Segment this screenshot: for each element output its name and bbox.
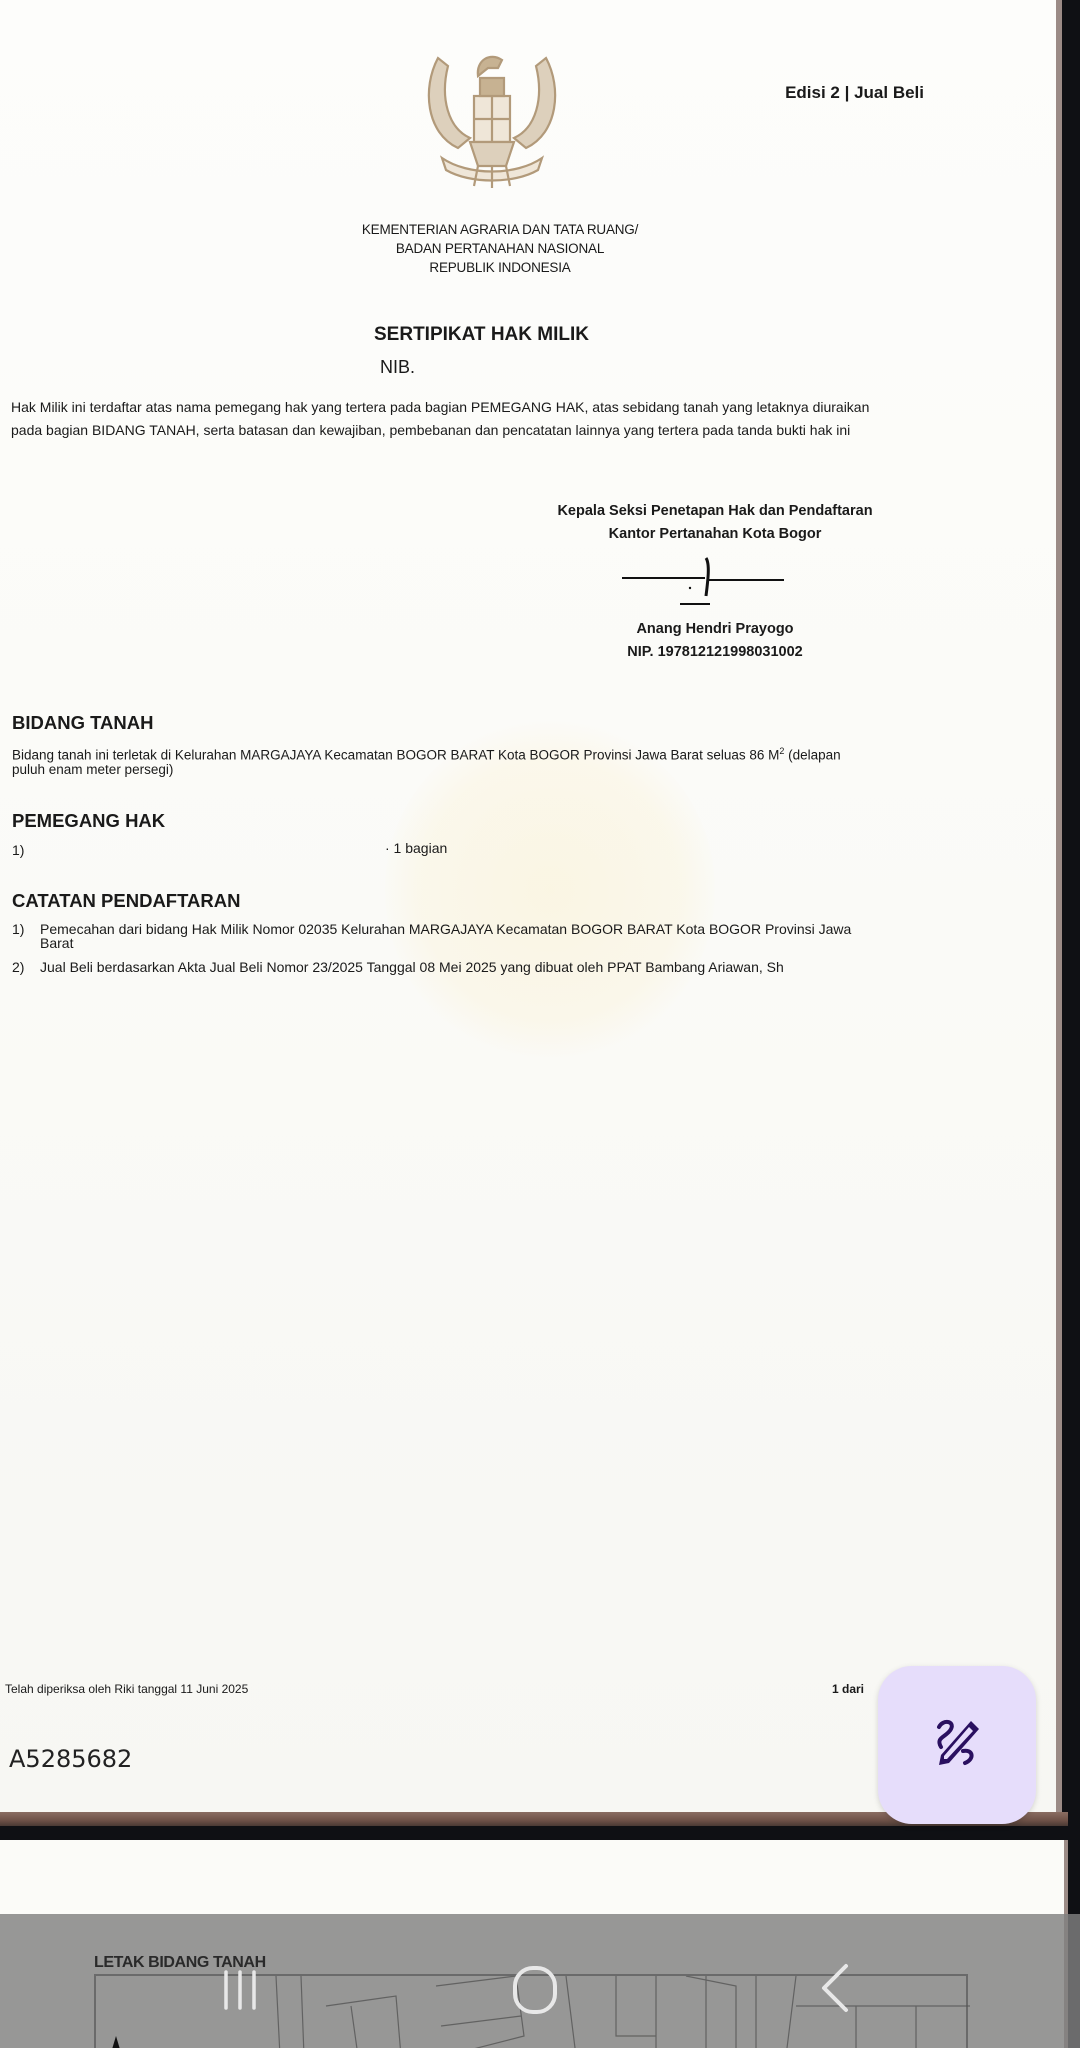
note-text: Pemecahan dari bidang Hak Milik Nomor 02… <box>40 922 851 936</box>
signatory-nip: NIP. 197812121998031002 <box>530 641 900 664</box>
signatory-office: Kantor Pertanahan Kota Bogor <box>530 523 900 546</box>
intro-paragraph: Hak Milik ini terdaftar atas nama pemega… <box>11 396 1051 442</box>
note-text-cont: Barat <box>40 936 851 950</box>
garuda-emblem-icon <box>418 38 566 190</box>
note-number: 1) <box>12 922 40 950</box>
draw-pencil-icon <box>929 1717 985 1773</box>
bidang-tanah-heading: BIDANG TANAH <box>12 712 153 734</box>
owner-share: · 1 bagian <box>385 840 447 856</box>
signatory-position: Kepala Seksi Penetapan Hak dan Pendaftar… <box>530 500 900 523</box>
signature-mark <box>530 546 900 618</box>
certificate-page: Edisi 2 | Jual Beli KEMENTERIAN AGRARIA … <box>0 0 1062 1815</box>
note-text: Jual Beli berdasarkan Akta Jual Beli Nom… <box>40 960 784 974</box>
draw-button[interactable] <box>878 1666 1036 1824</box>
agency-header: KEMENTERIAN AGRARIA DAN TATA RUANG/ BADA… <box>260 220 740 277</box>
back-icon <box>818 1962 852 2014</box>
certificate-title: SERTIPIKAT HAK MILIK <box>374 324 589 346</box>
registration-note: 2) Jual Beli berdasarkan Akta Jual Beli … <box>12 960 972 974</box>
recent-apps-button[interactable] <box>210 1960 270 2020</box>
signatory-name: Anang Hendri Prayogo <box>530 618 900 641</box>
signature-block: Kepala Seksi Penetapan Hak dan Pendaftar… <box>530 500 900 664</box>
land-description-line2: puluh enam meter persegi) <box>12 763 1012 777</box>
land-description-cont: (delapan <box>784 748 840 763</box>
back-button[interactable] <box>810 1958 860 2018</box>
home-button[interactable] <box>505 1958 565 2022</box>
pemegang-hak-heading: PEMEGANG HAK <box>12 810 165 832</box>
owner-number: 1) <box>12 842 24 858</box>
note-number: 2) <box>12 960 40 974</box>
edition-label: Edisi 2 | Jual Beli <box>785 83 924 103</box>
land-description: Bidang tanah ini terletak di Kelurahan M… <box>12 748 779 763</box>
intro-line: pada bagian BIDANG TANAH, serta batasan … <box>11 419 1051 442</box>
bidang-tanah-text: Bidang tanah ini terletak di Kelurahan M… <box>12 744 1012 777</box>
checked-by-text: Telah diperiksa oleh Riki tanggal 11 Jun… <box>5 1682 248 1696</box>
page-indicator: 1 dari <box>832 1682 864 1696</box>
catatan-pendaftaran-heading: CATATAN PENDAFTARAN <box>12 890 240 912</box>
agency-line: KEMENTERIAN AGRARIA DAN TATA RUANG/ <box>260 220 740 239</box>
intro-line: Hak Milik ini terdaftar atas nama pemega… <box>11 396 1051 419</box>
serial-number: A5285682 <box>9 1745 132 1773</box>
agency-line: BADAN PERTANAHAN NASIONAL <box>260 239 740 258</box>
recent-apps-icon <box>220 1968 260 2012</box>
agency-line: REPUBLIK INDONESIA <box>260 258 740 277</box>
nib-label: NIB. <box>380 357 415 378</box>
registration-note: 1) Pemecahan dari bidang Hak Milik Nomor… <box>12 922 972 950</box>
home-icon <box>510 1964 560 2016</box>
